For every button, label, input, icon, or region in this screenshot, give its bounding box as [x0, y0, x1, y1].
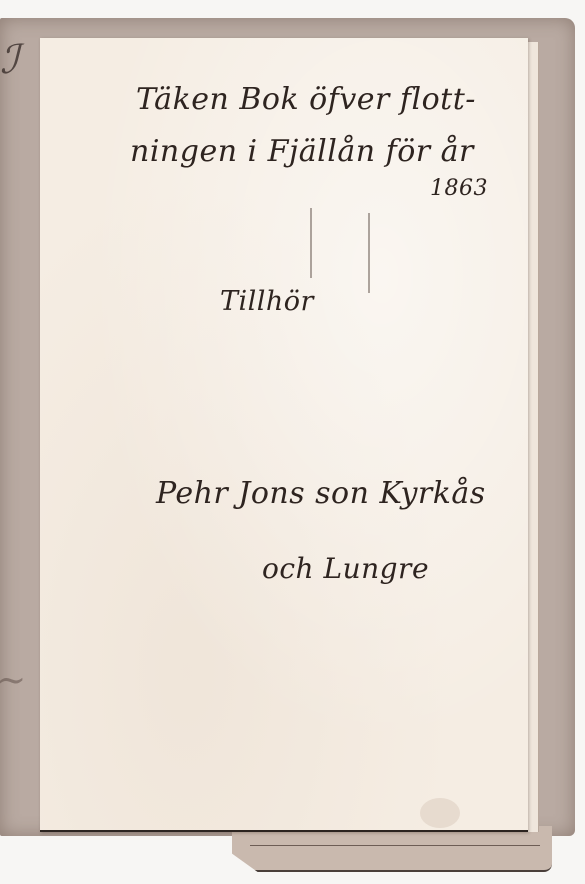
- bleed-through-mark: [310, 208, 312, 278]
- owner-line-1: Pehr Jons son Kyrkås: [156, 476, 486, 511]
- bleed-through-mark: [368, 213, 370, 293]
- title-line-1: Täken Bok öfver flott-: [136, 82, 476, 117]
- owner-line-2: och Lungre: [262, 552, 429, 585]
- paper-stain: [420, 798, 460, 828]
- ownership-label: Tillhör: [220, 286, 314, 317]
- cover-bottom-flap: [232, 826, 552, 872]
- cover-ink-mark-lower: ~: [0, 660, 26, 701]
- title-year: 1863: [430, 176, 488, 201]
- title-line-2: ningen i Fjällån för år: [130, 134, 474, 169]
- cover-ink-mark: ℐ: [0, 40, 38, 120]
- title-page: Täken Bok öfver flott- ningen i Fjällån …: [40, 38, 528, 832]
- cover-flap-crease: [250, 845, 540, 846]
